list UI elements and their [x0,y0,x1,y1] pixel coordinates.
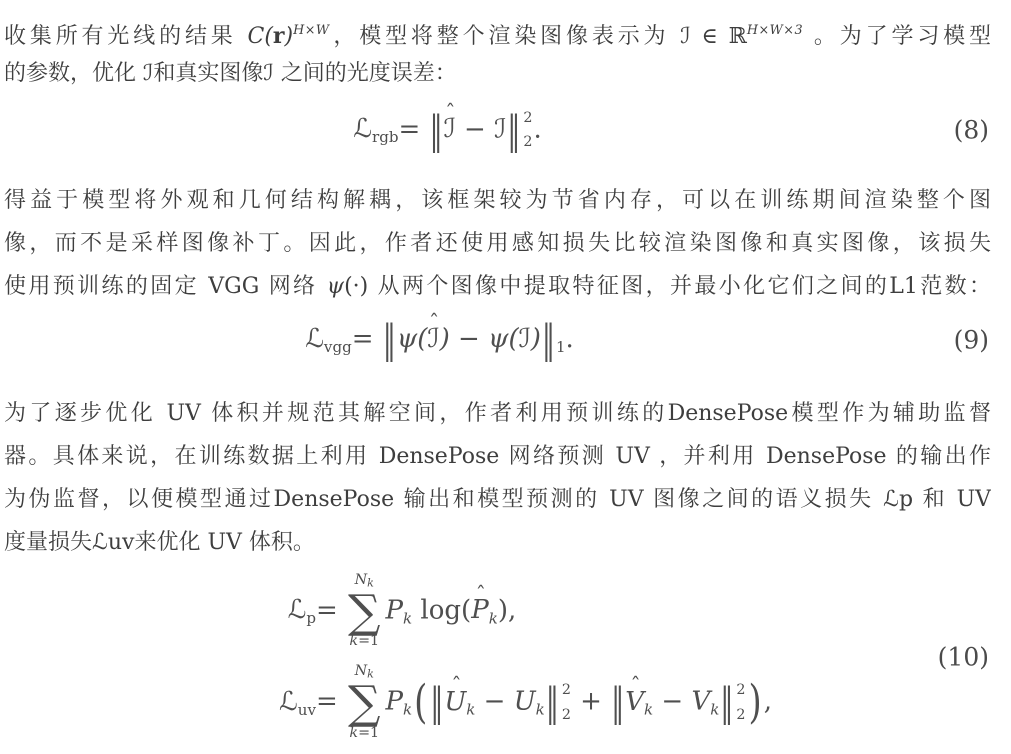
text-line: 器。具体来说，在训练数据上利用 DensePose 网络预测 UV ，并利用 D… [4,435,991,478]
equation-9-number: (9) [954,326,989,355]
equation-row: ℒuv = Nk∑k=1Pk(‖Uˆk − Uk‖22 + ‖Vˆk − Vk‖… [279,655,772,746]
equation-10-number: (10) [938,643,989,672]
text-line: 为伪监督，以便模型通过DensePose 输出和模型预测的 UV 图像之间的语义… [4,478,991,521]
equation-8-rgb-loss: ℒrgb = ‖ℐˆ − ℐ‖22. (8) [4,101,991,159]
text-line: 的参数，优化 ℐˆ和真实图像ℐ 之间的光度误差： [4,52,991,95]
text-line: 度量损失ℒuv来优化 UV 体积。 [4,521,991,564]
equation-10-densepose-losses: ℒp = Nk∑k=1Pk log(Pˆk),ℒuv = Nk∑k=1Pk(‖U… [4,566,991,748]
article-page: { "page": {"background": "#ffffff", "tex… [0,0,1011,754]
equation-8-formula: ℒrgb = ‖ℐˆ − ℐ‖22. [353,107,541,154]
text-line: 为了逐步优化 UV 体积并规范其解空间，作者利用预训练的DensePose模型作… [4,392,991,435]
paragraph-perceptual-loss: 得益于模型将外观和几何结构解耦，该框架较为节省内存，可以在训练期间渲染整个图像，… [4,179,991,308]
equation-9-vgg-loss: ℒvgg = ‖ψ(ℐˆ) − ψ(ℐ)‖1. (9) [4,310,991,370]
equation-row: ℒrgb = ‖ℐˆ − ℐ‖22. [353,107,541,154]
equation-10-formula: ℒp = Nk∑k=1Pk log(Pˆk),ℒuv = Nk∑k=1Pk(‖U… [279,568,772,747]
equation-row: ℒvgg = ‖ψ(ℐˆ) − ψ(ℐ)‖1. [305,320,574,361]
equation-row: ℒp = Nk∑k=1Pk log(Pˆk), [279,568,772,655]
paragraph-render-image-loss: 收集所有光线的结果 Cˆ(r)H×W，模型将整个渲染图像表示为 ℐˆ ∈ ℝH×… [4,9,991,95]
text-line: 得益于模型将外观和几何结构解耦，该框架较为节省内存，可以在训练期间渲染整个图 [4,179,991,222]
text-line: 收集所有光线的结果 Cˆ(r)H×W，模型将整个渲染图像表示为 ℐˆ ∈ ℝH×… [4,9,991,52]
text-line: 像，而不是采样图像补丁。因此，作者还使用感知损失比较渲染图像和真实图像，该损失 [4,222,991,265]
text-line: 使用预训练的固定 VGG 网络 ψ(·) 从两个图像中提取特征图，并最小化它们之… [4,265,991,308]
equation-9-formula: ℒvgg = ‖ψ(ℐˆ) − ψ(ℐ)‖1. [305,320,574,361]
equation-8-number: (8) [954,116,989,145]
document-body: 收集所有光线的结果 Cˆ(r)H×W，模型将整个渲染图像表示为 ℐˆ ∈ ℝH×… [4,9,991,748]
paragraph-densepose-supervision: 为了逐步优化 UV 体积并规范其解空间，作者利用预训练的DensePose模型作… [4,392,991,564]
